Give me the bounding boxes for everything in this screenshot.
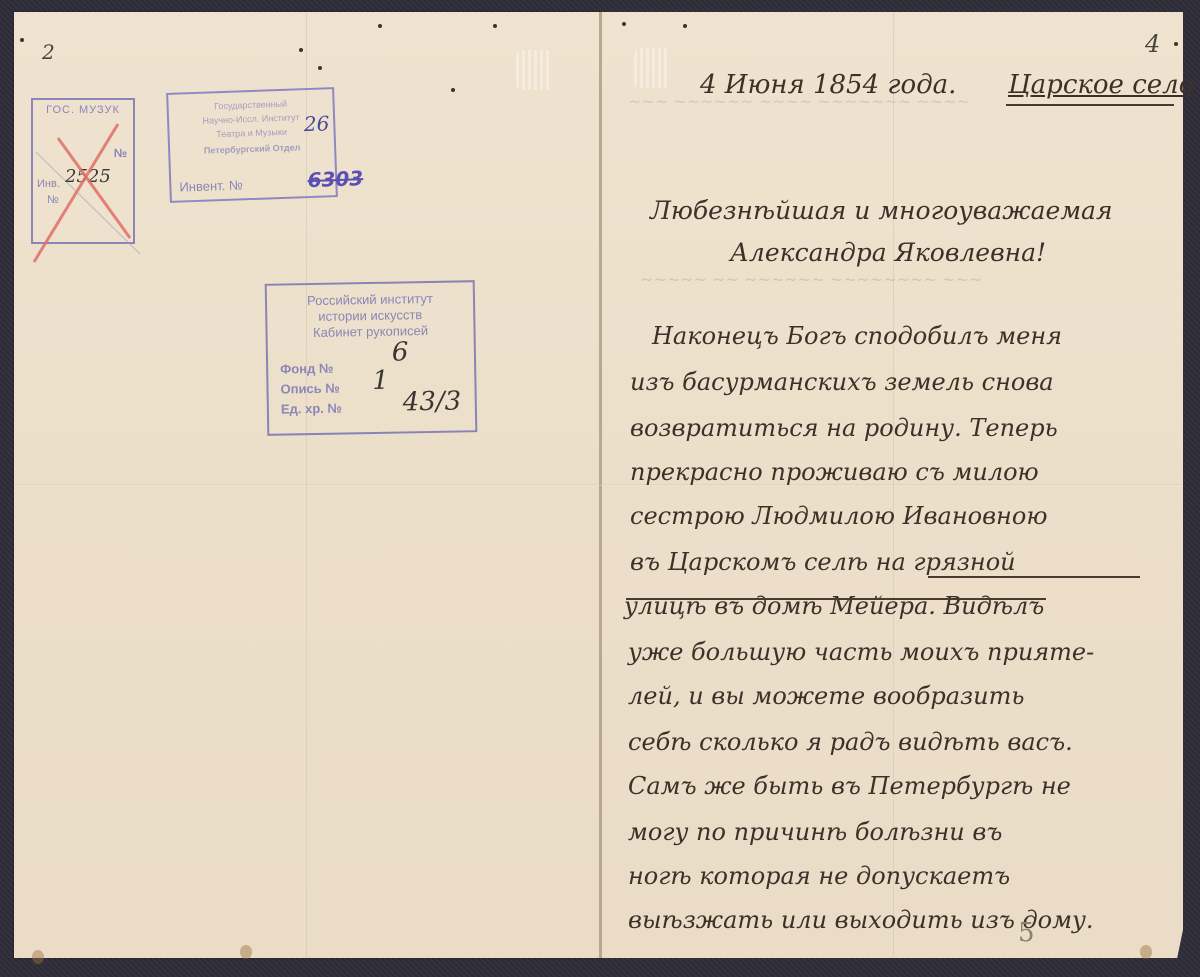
paper-watermark (634, 48, 670, 88)
binding-hole (1174, 42, 1178, 46)
body-line: изъ басурманскихъ земель снова (630, 368, 1054, 396)
paper-stain (1140, 945, 1152, 959)
paper-stain (32, 950, 44, 964)
stamp-title: ГОС. МУЗУК (33, 104, 133, 116)
underline-mark (626, 598, 1046, 600)
page-number-left: 2 (42, 40, 55, 64)
binding-hole (683, 24, 687, 28)
handwritten-number-top: 26 (303, 111, 329, 136)
body-line: могу по причинѣ болѣзни въ (628, 818, 1002, 846)
ed-khr-label: Ед. хр. № (281, 401, 342, 417)
body-line: себѣ сколько я радъ видѣть васъ. (628, 728, 1073, 756)
body-line: лей, и вы можете вообразить (628, 682, 1024, 710)
stamp-line: Государственный (176, 97, 324, 112)
ed-khr-value: 43/3 (403, 386, 462, 417)
body-line: сестрою Людмилою Ивановною (630, 502, 1047, 530)
stamp-museum-inventory: Государственный Научно-Иссл. Институт Те… (166, 87, 338, 203)
body-line: прекрасно проживаю съ милою (630, 458, 1039, 486)
body-line: въ Царскомъ селѣ на грязной (630, 548, 1016, 576)
stamp-inventory-label: Инвент. № (179, 177, 243, 194)
body-line: улицѣ въ домѣ Мейера. Видѣлъ (624, 592, 1044, 620)
page-number-right: 4 (1145, 30, 1160, 58)
fond-label: Фонд № (280, 361, 334, 377)
stamp-line: Кабинет рукописей (267, 322, 473, 341)
body-line: ногѣ которая не допускаетъ (628, 862, 1010, 890)
paper-watermark (516, 50, 552, 90)
paper-stain (240, 945, 252, 959)
opis-label: Опись № (280, 381, 340, 397)
underline-mark (1006, 104, 1174, 106)
body-line: Самъ же быть въ Петербургѣ не (628, 772, 1071, 800)
body-line: Наконецъ Богъ сподобилъ меня (652, 322, 1062, 350)
binding-hole (20, 38, 24, 42)
binding-hole (318, 66, 322, 70)
fond-value: 6 (392, 337, 409, 367)
red-cross-mark-icon (30, 118, 140, 266)
page-footer-number: 5 (1018, 918, 1035, 948)
binding-hole (378, 24, 382, 28)
ink-bleed-through: ~~~~~ ~~ ~~~~~~ ~~~~~~~~ ~~~ (640, 270, 982, 289)
stamp-line: Петербургский Отдел (178, 141, 326, 156)
binding-hole (622, 22, 626, 26)
binding-hole (451, 88, 455, 92)
body-line: возвратиться на родину. Теперь (630, 414, 1058, 442)
salutation-line-2: Александра Яковлевна! (730, 238, 1046, 267)
letter-date: 4 Июня 1854 года. (700, 70, 956, 100)
letter-place: Царское село (1008, 70, 1194, 100)
salutation-line-1: Любезнѣйшая и многоуважаемая (650, 196, 1113, 225)
body-line: уже большую часть моихъ прияте- (628, 638, 1094, 666)
opis-value: 1 (372, 366, 389, 396)
handwritten-inventory-number: 6303 (307, 166, 363, 192)
underline-mark (928, 576, 1140, 578)
binding-hole (493, 24, 497, 28)
binding-hole (299, 48, 303, 52)
stamp-riii-archive: Российский институт истории искусств Каб… (265, 280, 478, 436)
